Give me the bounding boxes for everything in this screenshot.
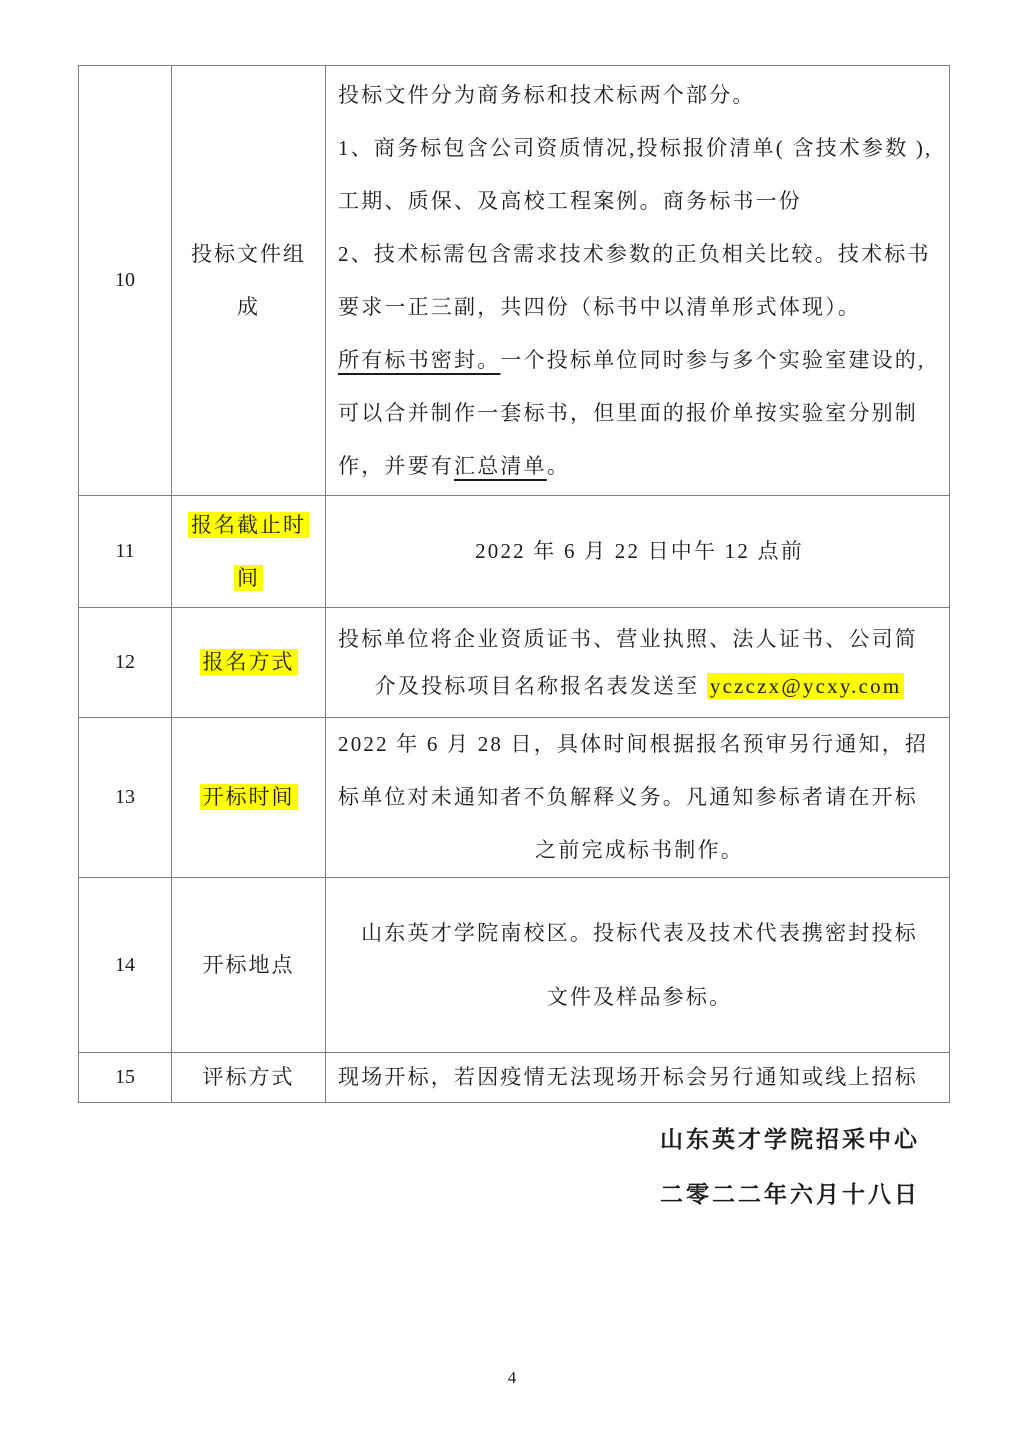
row-label-registration-deadline: 报名截止时 间	[171, 496, 326, 607]
content-line: 文件及样品参标。	[338, 965, 941, 1029]
content-line: 投标单位将企业资质证书、营业执照、法人证书、公司简	[338, 616, 941, 663]
signature-block: 山东英才学院招采中心 二零二二年六月十八日	[580, 1112, 1000, 1222]
row-number: 11	[79, 496, 171, 607]
table-row-13: 13 开标时间 2022 年 6 月 28 日，具体时间根据报名预审另行通知，招…	[79, 717, 949, 877]
label-line: 成	[237, 281, 260, 334]
content-line: 所有标书密封。一个投标单位同时参与多个实验室建设的,	[338, 334, 941, 387]
label-line: 开标时间	[200, 771, 298, 824]
underlined-text: 所有标书密封。	[338, 348, 500, 372]
row-label-bid-document-composition: 投标文件组 成	[171, 66, 326, 495]
row-content: 投标文件分为商务标和技术标两个部分。 1、商务标包含公司资质情况,投标报价清单(…	[326, 66, 949, 495]
row-number: 14	[79, 878, 171, 1052]
content-line: 2、技术标需包含需求技术参数的正负相关比较。技术标书	[338, 228, 941, 281]
label-line: 评标方式	[203, 1051, 295, 1104]
label-line: 开标地点	[203, 939, 295, 992]
highlighted-text: 间	[234, 565, 263, 591]
content-line: 作，并要有汇总清单。	[338, 440, 941, 493]
label-line: 报名方式	[200, 636, 298, 689]
email-address: yczczx@ycxy.com	[707, 673, 904, 699]
content-line: 可以合并制作一套标书，但里面的报价单按实验室分别制	[338, 387, 941, 440]
row-number: 15	[79, 1053, 171, 1102]
row-content: 2022 年 6 月 22 日中午 12 点前	[326, 496, 949, 607]
page-number: 4	[0, 1368, 1024, 1388]
table-row-15: 15 评标方式 现场开标，若因疫情无法现场开标会另行通知或线上招标	[79, 1052, 949, 1102]
content-line: 工期、质保、及高校工程案例。商务标书一份	[338, 175, 941, 228]
content-line: 介及投标项目名称报名表发送至 yczczx@ycxy.com	[338, 663, 941, 710]
content-line: 要求一正三副，共四份（标书中以清单形式体现）。	[338, 281, 941, 334]
row-label-evaluation-method: 评标方式	[171, 1053, 326, 1102]
row-label-bid-opening-time: 开标时间	[171, 718, 326, 877]
signature-date: 二零二二年六月十八日	[580, 1167, 1000, 1222]
highlighted-text: 报名方式	[200, 649, 298, 675]
label-line: 报名截止时	[188, 499, 309, 552]
content-line: 投标文件分为商务标和技术标两个部分。	[338, 69, 941, 122]
underlined-text: 汇总清单	[454, 454, 547, 478]
row-number: 13	[79, 718, 171, 877]
content-line: 标单位对未通知者不负解释义务。凡通知参标者请在开标	[338, 771, 941, 824]
label-line: 投标文件组	[191, 228, 306, 281]
highlighted-text: 报名截止时	[188, 512, 309, 538]
content-line: 2022 年 6 月 28 日，具体时间根据报名预审另行通知，招	[338, 718, 941, 771]
content-line: 现场开标，若因疫情无法现场开标会另行通知或线上招标	[338, 1051, 941, 1104]
highlighted-text: 开标时间	[200, 784, 298, 810]
content-line: 山东英才学院南校区。投标代表及技术代表携密封投标	[338, 901, 941, 965]
row-label-registration-method: 报名方式	[171, 608, 326, 717]
table-row-10: 10 投标文件组 成 投标文件分为商务标和技术标两个部分。 1、商务标包含公司资…	[79, 66, 949, 495]
organization-name: 山东英才学院招采中心	[580, 1112, 1000, 1167]
content-text: 。	[547, 454, 570, 478]
content-line: 1、商务标包含公司资质情况,投标报价清单( 含技术参数 ),	[338, 122, 941, 175]
table-row-14: 14 开标地点 山东英才学院南校区。投标代表及技术代表携密封投标 文件及样品参标…	[79, 877, 949, 1052]
content-line: 2022 年 6 月 22 日中午 12 点前	[338, 525, 941, 578]
content-text: 介及投标项目名称报名表发送至	[375, 674, 707, 698]
table-row-12: 12 报名方式 投标单位将企业资质证书、营业执照、法人证书、公司简 介及投标项目…	[79, 607, 949, 717]
row-content: 投标单位将企业资质证书、营业执照、法人证书、公司简 介及投标项目名称报名表发送至…	[326, 608, 949, 717]
label-line: 间	[234, 552, 263, 605]
bid-info-table: 10 投标文件组 成 投标文件分为商务标和技术标两个部分。 1、商务标包含公司资…	[78, 65, 950, 1103]
content-text: 一个投标单位同时参与多个实验室建设的,	[500, 348, 925, 372]
row-number: 10	[79, 66, 171, 495]
content-line: 之前完成标书制作。	[338, 824, 941, 877]
content-text: 作，并要有	[338, 454, 454, 478]
row-content: 山东英才学院南校区。投标代表及技术代表携密封投标 文件及样品参标。	[326, 878, 949, 1052]
row-label-bid-opening-location: 开标地点	[171, 878, 326, 1052]
row-number: 12	[79, 608, 171, 717]
table-row-11: 11 报名截止时 间 2022 年 6 月 22 日中午 12 点前	[79, 495, 949, 607]
row-content: 2022 年 6 月 28 日，具体时间根据报名预审另行通知，招 标单位对未通知…	[326, 718, 949, 877]
row-content: 现场开标，若因疫情无法现场开标会另行通知或线上招标	[326, 1053, 949, 1102]
